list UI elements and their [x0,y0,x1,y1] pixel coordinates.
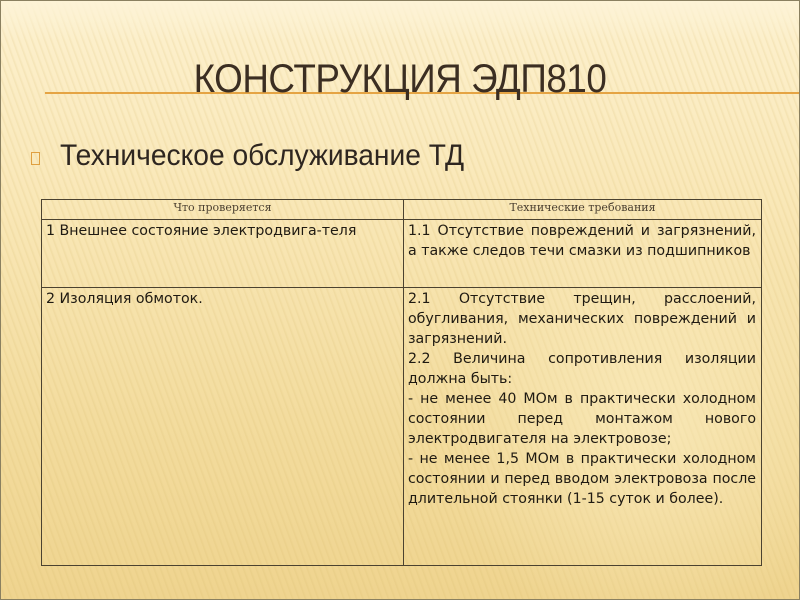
slide-title: КОНСТРУКЦИЯ ЭДП810 [33,57,767,102]
slide: КОНСТРУКЦИЯ ЭДП810 Техническое обслужива… [0,0,800,600]
table-row: 2 Изоляция обмоток. 2.1 Отсутствие трещи… [42,288,762,566]
cell-requirements: 1.1 Отсутствие повреждений и загрязнений… [404,220,762,288]
requirement-text: - не менее 40 МОм в практически холодном… [408,389,756,449]
table-header-row: Что проверяется Технические требования [42,200,762,220]
cell-item: 1 Внешнее состояние электродвига-теля [42,220,404,288]
requirement-text: 2.2 Величина сопротивления изоляции долж… [408,349,756,389]
cell-requirements: 2.1 Отсутствие трещин, расслоений, обугл… [404,288,762,566]
cell-item: 2 Изоляция обмоток. [42,288,404,566]
square-bullet-icon [31,152,40,165]
bullet-item: Техническое обслуживание ТД [31,139,490,173]
requirement-text: 2.1 Отсутствие трещин, расслоений, обугл… [408,289,756,349]
requirement-text: 1.1 Отсутствие повреждений и загрязнений… [408,221,756,261]
table-row: 1 Внешнее состояние электродвига-теля 1.… [42,220,762,288]
column-header-checked-item: Что проверяется [42,200,404,220]
slide-subtitle: Техническое обслуживание ТД [60,139,464,173]
maintenance-table: Что проверяется Технические требования 1… [41,199,762,566]
column-header-requirements: Технические требования [404,200,762,220]
item-text: 2 Изоляция обмоток. [46,289,398,309]
item-text: 1 Внешнее состояние электродвига-теля [46,221,398,241]
requirement-text: - не менее 1,5 МОм в практически холодно… [408,449,756,509]
